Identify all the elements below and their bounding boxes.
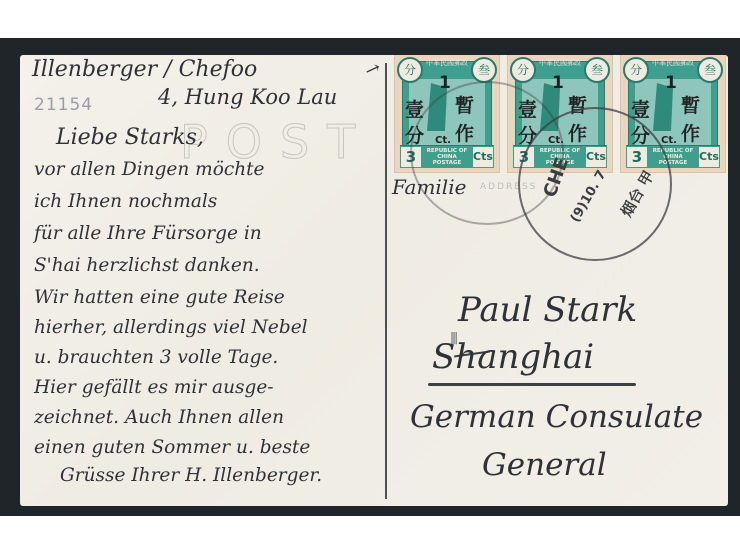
message-line: hierher, allerdings viel Nebel [34, 317, 308, 338]
stamp-unit: Cts [699, 147, 719, 167]
message-signature: Grüsse Ihrer H. Illenberger. [60, 465, 322, 486]
stamp-corner-left: 分 [623, 57, 649, 83]
recipient-org-line-2: General [482, 447, 607, 483]
recipient-name: Paul Stark [458, 290, 637, 330]
stamp-corner-left: 分 [510, 57, 536, 83]
postmark-city: CHE [539, 155, 573, 200]
message-line: vor allen Dingen möchte [34, 159, 265, 180]
stamp-top-text: 中華民國郵政 [421, 58, 473, 68]
stamp-top-text: 中華民國郵政 [534, 58, 586, 68]
pen-flourish-icon: ↗ [362, 57, 383, 82]
message-line: Hier gefällt es mir ausge- [34, 377, 274, 398]
sender-address: 4, Hung Koo Lau [158, 85, 337, 109]
surcharge-value: 1 [552, 73, 564, 93]
postmark: CHE (9)10. 7 烟台 甲 [518, 107, 672, 261]
surcharge-char: 暫 [681, 91, 700, 118]
stamp-corner-right: 叁 [471, 57, 497, 83]
sender-name: Illenberger / Chefoo [32, 57, 257, 82]
recipient-city: Shanghai [432, 337, 594, 377]
city-underline [428, 383, 636, 386]
message-line: für alle Ihre Fürsorge in [34, 223, 262, 244]
message-line: Wir hatten eine gute Reise [34, 287, 285, 308]
postcard: POST CA ADDRESS ↗ Illenberger / Chefoo 2… [20, 55, 728, 506]
message-line: u. brauchten 3 volle Tage. [34, 347, 278, 368]
message-line: Liebe Starks, [56, 125, 204, 150]
surcharge-char: 作 [681, 119, 700, 146]
stamp-top-text: 中華民國郵政 [647, 58, 699, 68]
stamp-corner-right: 叁 [697, 57, 723, 83]
postmark-date: (9)10. 7 [568, 168, 610, 225]
message-line: S'hai herzlichst danken. [34, 255, 260, 276]
surcharge-value: 1 [665, 73, 677, 93]
inventory-number: 21154 [34, 95, 93, 115]
message-line: zeichnet. Auch Ihnen allen [34, 407, 284, 428]
postmark-chinese: 烟台 甲 [615, 166, 658, 220]
message-line: ich Ihnen nochmals [34, 191, 217, 212]
message-line: einen guten Sommer u. beste [34, 437, 310, 458]
stamp-corner-left: 分 [397, 57, 423, 83]
stamp-corner-right: 叁 [584, 57, 610, 83]
address-familie: Familie [392, 175, 466, 199]
recipient-org-line-1: German Consulate [410, 399, 703, 435]
center-divider [385, 63, 387, 499]
